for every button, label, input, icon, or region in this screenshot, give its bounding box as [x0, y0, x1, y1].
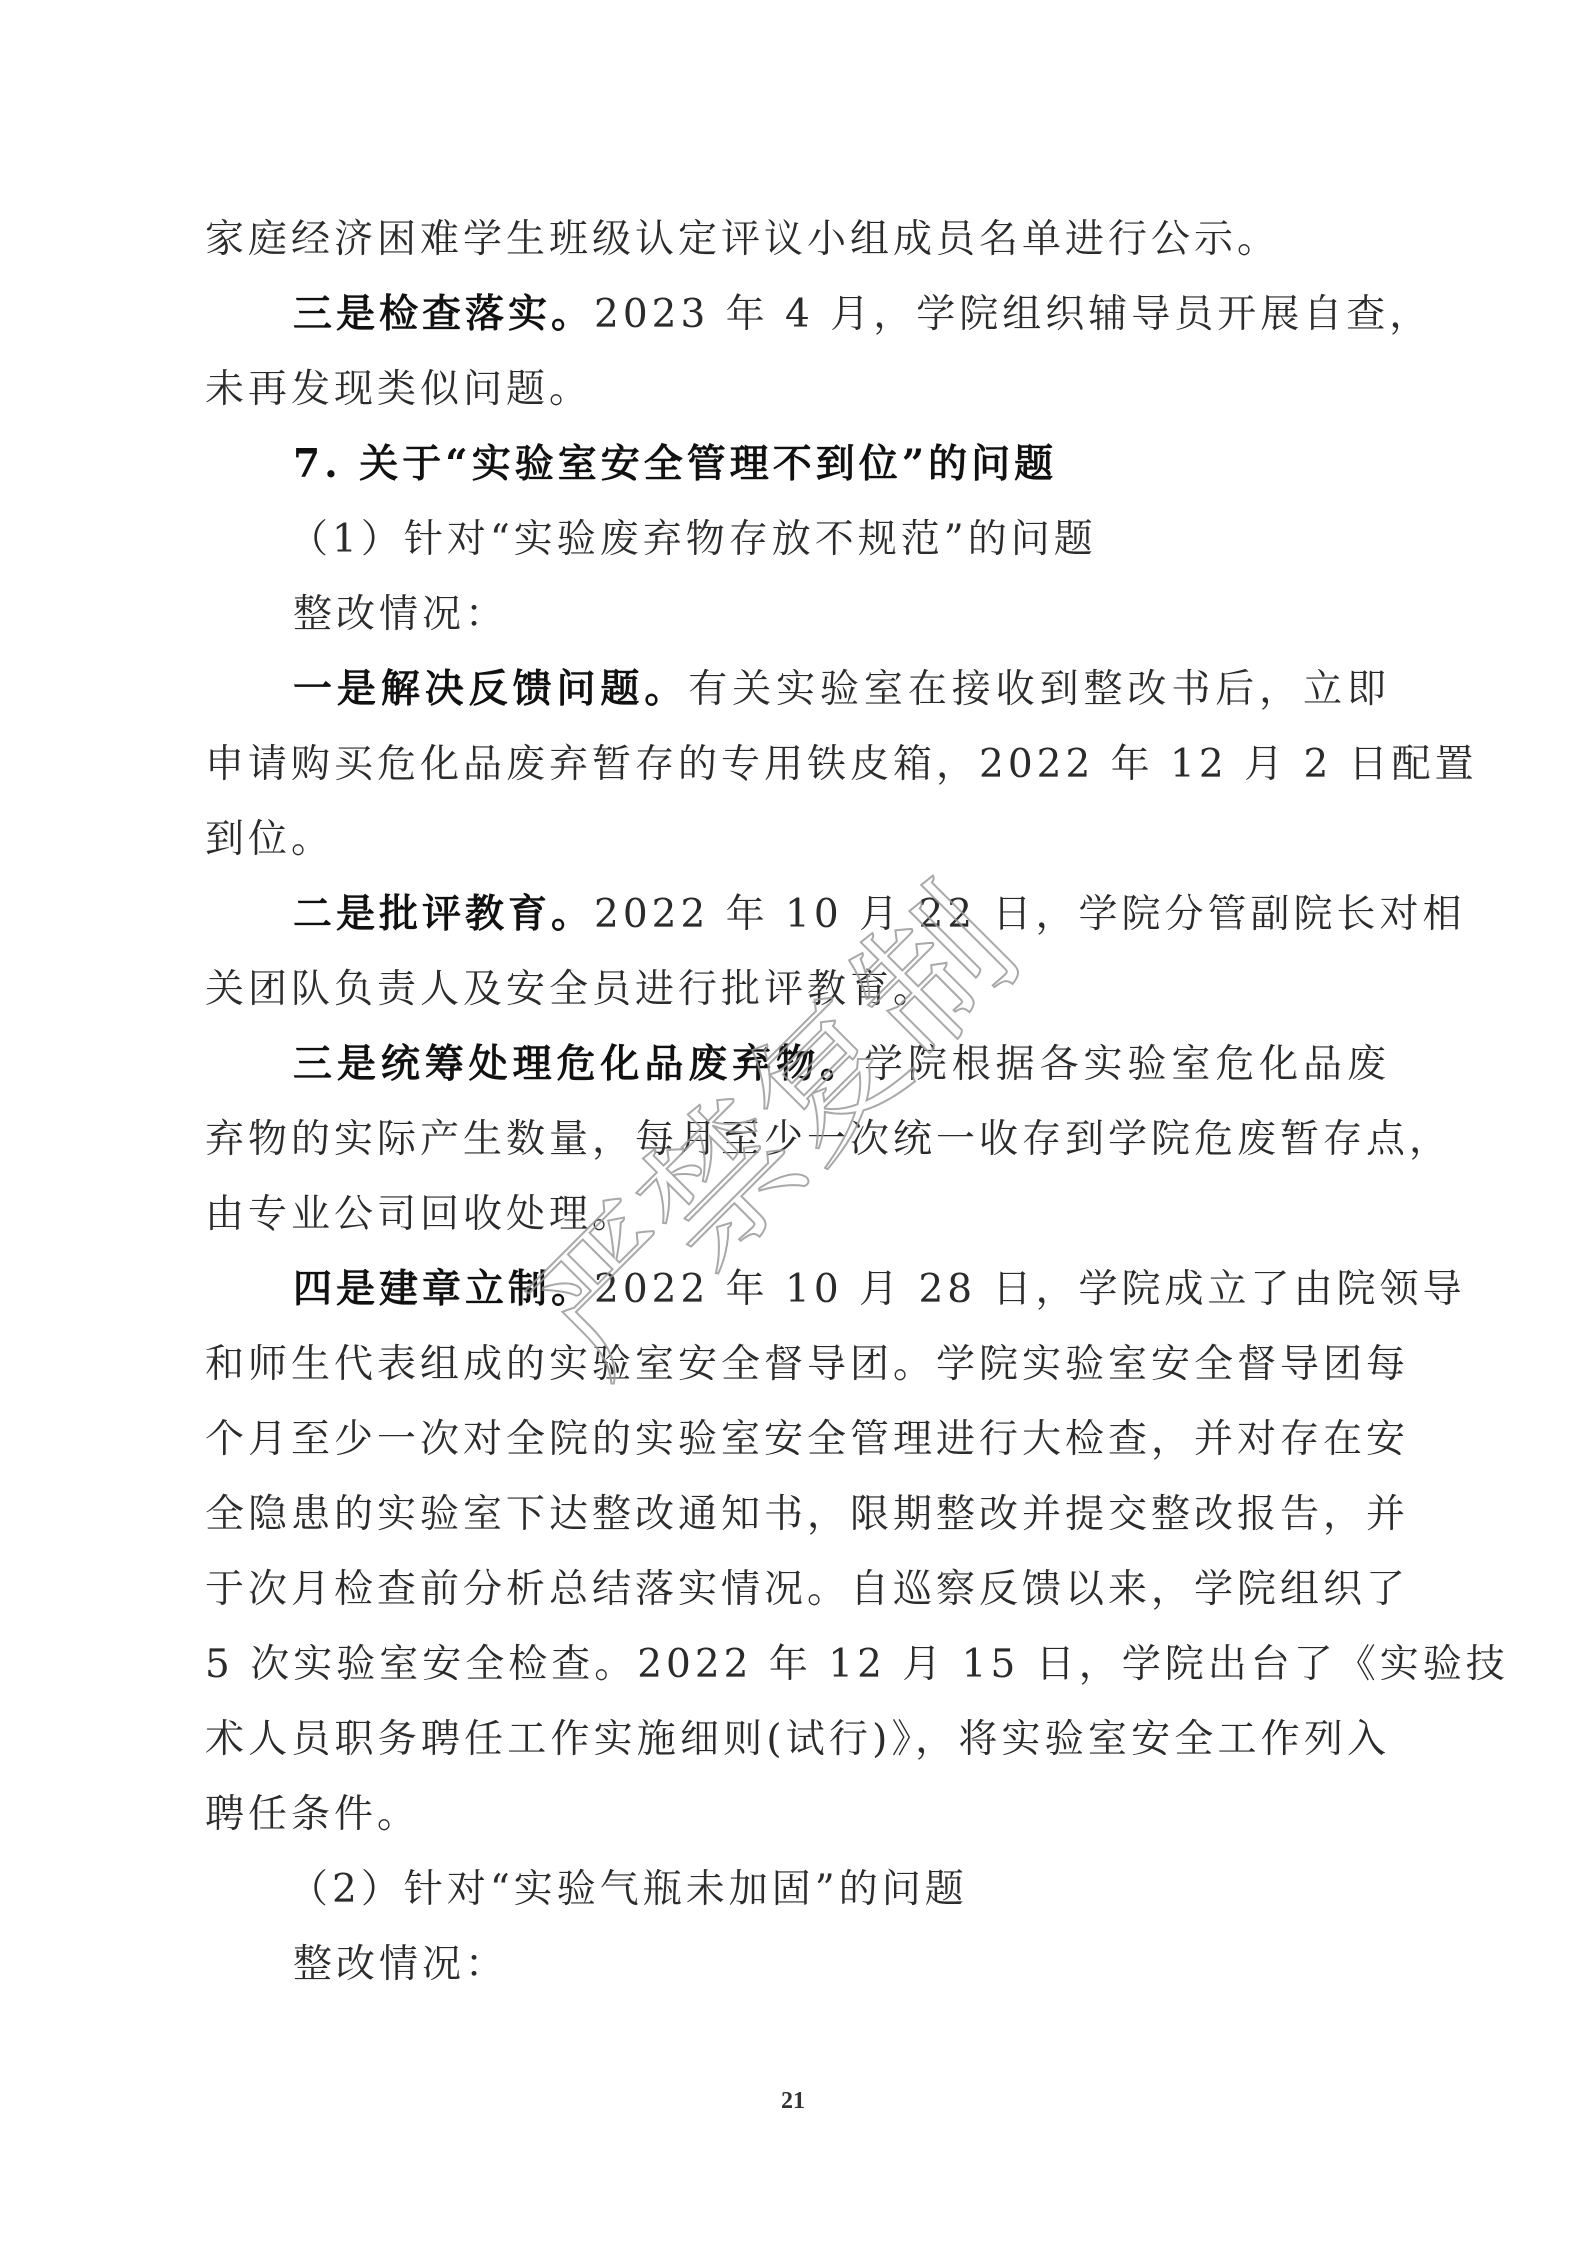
body-text: 2023 年 4 月，学院组织辅导员开展自查， [594, 292, 1432, 337]
paragraph-line: 弃物的实际产生数量，每月至少一次统一收存到学院危废暂存点， [205, 1102, 1390, 1177]
paragraph-resolve-feedback: 一是解决反馈问题。有关实验室在接收到整改书后，立即 [205, 652, 1390, 727]
paragraph-hazardous-waste: 三是统筹处理危化品废弃物。学院根据各实验室危化品废 [205, 1027, 1390, 1102]
body-text: 弃物的实际产生数量，每月至少一次统一收存到学院危废暂存点， [205, 1117, 1452, 1162]
run-in-heading: 三是统筹处理危化品废弃物。 [293, 1041, 864, 1087]
body-text: 有关实验室在接收到整改书后，立即 [688, 667, 1390, 712]
paragraph-line: 未再发现类似问题。 [205, 352, 1390, 427]
page-number: 21 [0, 2088, 1586, 2115]
paragraph-line: 和师生代表组成的实验室安全督导团。学院实验室安全督导团每 [205, 1327, 1390, 1402]
paragraph-check-implementation: 三是检查落实。2023 年 4 月，学院组织辅导员开展自查， [205, 277, 1390, 352]
run-in-heading: 四是建章立制。 [293, 1266, 594, 1312]
paragraph-continuation-line: 家庭经济困难学生班级认定评议小组成员名单进行公示。 [205, 202, 1390, 277]
run-in-heading: 一是解决反馈问题。 [293, 666, 688, 712]
paragraph-line: 个月至少一次对全院的实验室安全管理进行大检查，并对存在安 [205, 1402, 1390, 1477]
subheading-text: （2）针对“实验气瓶未加固”的问题 [289, 1867, 968, 1912]
label-text: 整改情况： [293, 1942, 508, 1987]
document-body: 家庭经济困难学生班级认定评议小组成员名单进行公示。 三是检查落实。2023 年 … [205, 202, 1390, 2002]
paragraph-line: 于次月检查前分析总结落实情况。自巡察反馈以来，学院组织了 [205, 1552, 1390, 1627]
rectification-label-2: 整改情况： [205, 1927, 1390, 2002]
paragraph-line: 全隐患的实验室下达整改通知书，限期整改并提交整改报告，并 [205, 1477, 1390, 1552]
body-text: 2022 年 10 月 28 日，学院成立了由院领导 [594, 1267, 1466, 1312]
subheading-1: （1）针对“实验废弃物存放不规范”的问题 [205, 502, 1390, 577]
body-text: 申请购买危化品废弃暂存的专用铁皮箱，2022 年 12 月 2 日配置 [205, 742, 1478, 787]
paragraph-line: 5 次实验室安全检查。2022 年 12 月 15 日，学院出台了《实验技 [205, 1627, 1390, 1702]
section-heading-text: 7. 关于“实验室安全管理不到位”的问题 [293, 441, 1057, 487]
body-text: 家庭经济困难学生班级认定评议小组成员名单进行公示。 [205, 217, 1280, 262]
section-heading-7: 7. 关于“实验室安全管理不到位”的问题 [205, 427, 1390, 502]
body-text: 5 次实验室安全检查。2022 年 12 月 15 日，学院出台了《实验技 [205, 1642, 1509, 1687]
body-text: 聘任条件。 [205, 1792, 420, 1837]
body-text: 学院根据各实验室危化品废 [864, 1042, 1390, 1087]
paragraph-criticism-education: 二是批评教育。2022 年 10 月 22 日，学院分管副院长对相 [205, 877, 1390, 952]
run-in-heading: 二是批评教育。 [293, 891, 594, 937]
body-text: 全隐患的实验室下达整改通知书，限期整改并提交整改报告，并 [205, 1492, 1409, 1537]
body-text: 到位。 [205, 817, 334, 862]
document-page: 家庭经济困难学生班级认定评议小组成员名单进行公示。 三是检查落实。2023 年 … [0, 0, 1586, 2245]
paragraph-line: 关团队负责人及安全员进行批评教育。 [205, 952, 1390, 1027]
paragraph-line: 由专业公司回收处理。 [205, 1177, 1390, 1252]
paragraph-line: 术人员职务聘任工作实施细则(试行)》，将实验室安全工作列入 [205, 1702, 1390, 1777]
body-text: 由专业公司回收处理。 [205, 1192, 635, 1237]
body-text: 和师生代表组成的实验室安全督导团。学院实验室安全督导团每 [205, 1342, 1409, 1387]
subheading-2: （2）针对“实验气瓶未加固”的问题 [205, 1852, 1390, 1927]
body-text: 关团队负责人及安全员进行批评教育。 [205, 967, 936, 1012]
run-in-heading: 三是检查落实。 [293, 291, 594, 337]
paragraph-line: 申请购买危化品废弃暂存的专用铁皮箱，2022 年 12 月 2 日配置 [205, 727, 1390, 802]
body-text: 个月至少一次对全院的实验室安全管理进行大检查，并对存在安 [205, 1417, 1409, 1462]
body-text: 2022 年 10 月 22 日，学院分管副院长对相 [594, 892, 1466, 937]
body-text: 于次月检查前分析总结落实情况。自巡察反馈以来，学院组织了 [205, 1567, 1409, 1612]
subheading-text: （1）针对“实验废弃物存放不规范”的问题 [289, 517, 1097, 562]
label-text: 整改情况： [293, 592, 508, 637]
rectification-label-1: 整改情况： [205, 577, 1390, 652]
paragraph-line: 聘任条件。 [205, 1777, 1390, 1852]
paragraph-line: 到位。 [205, 802, 1390, 877]
paragraph-establish-rules: 四是建章立制。2022 年 10 月 28 日，学院成立了由院领导 [205, 1252, 1390, 1327]
body-text: 未再发现类似问题。 [205, 367, 592, 412]
body-text: 术人员职务聘任工作实施细则(试行)》，将实验室安全工作列入 [205, 1717, 1390, 1762]
